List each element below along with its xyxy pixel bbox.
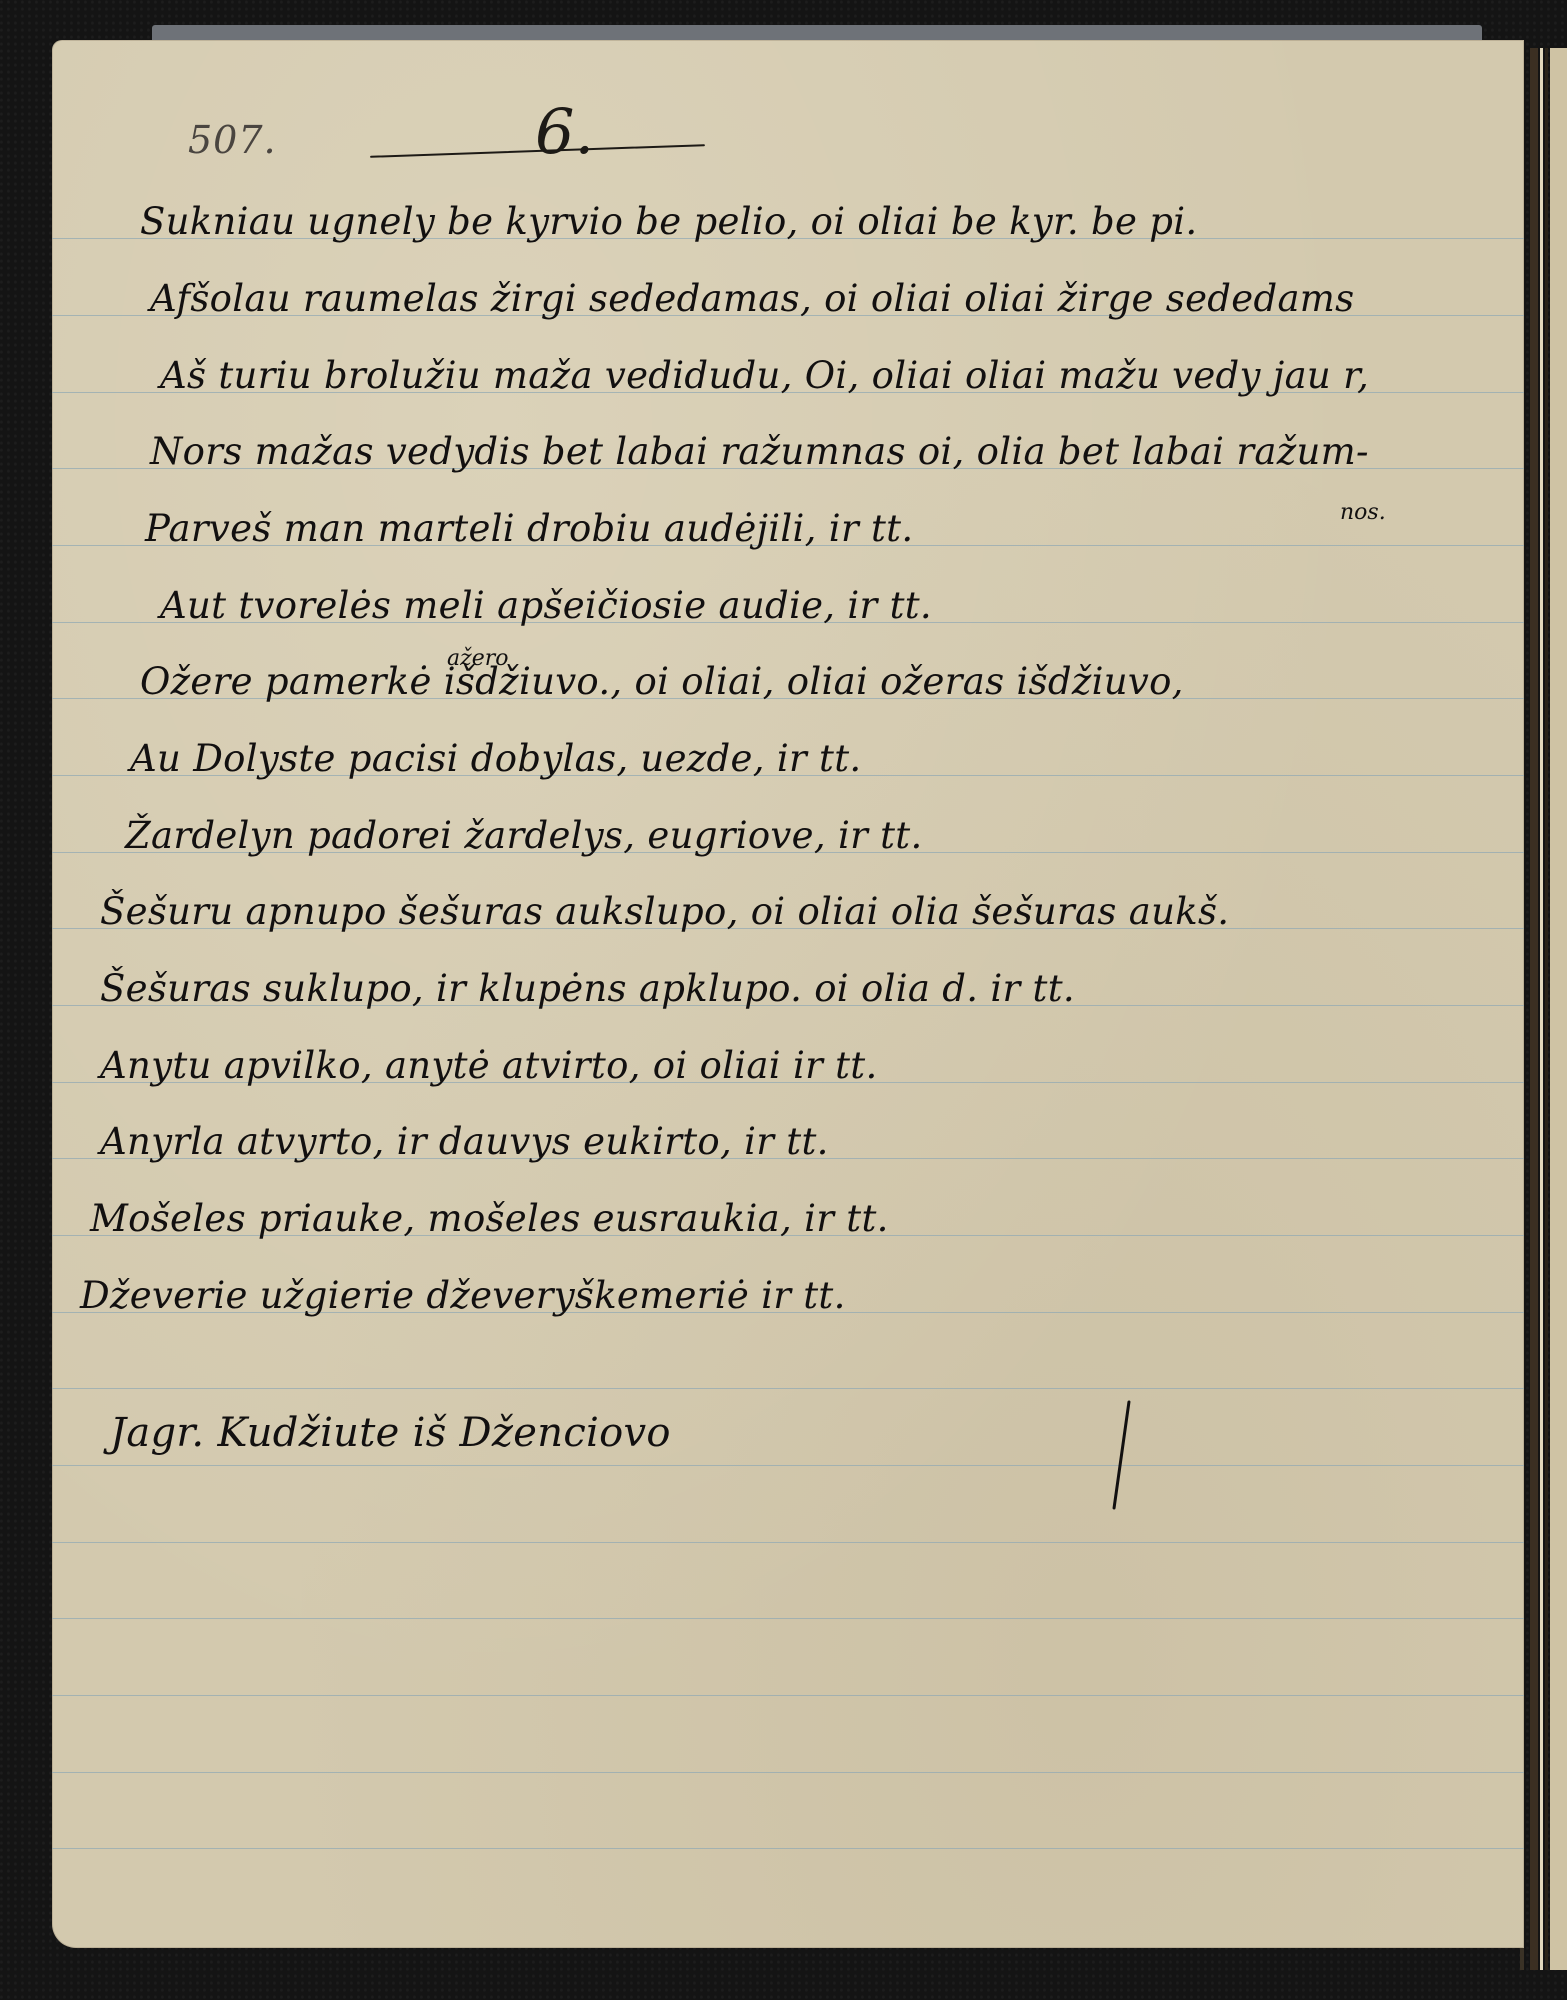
binding-edge — [1530, 48, 1538, 1970]
verse-line: Parveš man marteli drobiu audėjili, ir t… — [145, 507, 913, 550]
ruled-line — [52, 1695, 1524, 1696]
binding-edge — [1550, 48, 1567, 1970]
ruled-line — [52, 1542, 1524, 1543]
ruled-line — [52, 1388, 1524, 1389]
verse-line: Aš turiu brolužiu maža vedidudu, Oi, oli… — [160, 354, 1369, 397]
informant-signature: Jagr. Kudžiute iš Dženciovo — [110, 1410, 671, 1456]
binding-edge — [1545, 48, 1548, 1970]
verse-line: Žardelyn padorei žardelys, eugriove, ir … — [125, 814, 923, 857]
verse-line: Anyrla atvyrto, ir dauvys eukirto, ir tt… — [100, 1120, 829, 1163]
verse-line: Sukniau ugnely be kyrvio be pelio, oi ol… — [140, 200, 1197, 243]
verse-line: Šešuras suklupo, ir klupėns apklupo. oi … — [100, 967, 1075, 1010]
ruled-line — [52, 1848, 1524, 1849]
verse-line: Šešuru apnupo šešuras aukslupo, oi oliai… — [100, 890, 1229, 933]
page-top-tab — [152, 25, 1482, 41]
verse-line: Dževerie užgierie dževeryškemeriė ir tt. — [80, 1274, 846, 1317]
verse-line: Mošeles priauke, mošeles eusraukia, ir t… — [90, 1197, 889, 1240]
archive-page-number: 507. — [188, 118, 277, 162]
verse-line: Anytu apvilko, anytė atvirto, oi oliai i… — [100, 1044, 878, 1087]
verse-line: Afšolau raumelas žirgi sededamas, oi oli… — [150, 277, 1354, 320]
verse-line: Ožere pamerkė išdžiuvo., oi oliai, oliai… — [140, 660, 1184, 703]
ruled-line — [52, 1772, 1524, 1773]
ruled-line — [52, 1465, 1524, 1466]
ruled-line — [52, 1618, 1524, 1619]
song-number: 6. — [535, 95, 594, 168]
interlinear-note: nos. — [1340, 500, 1386, 525]
binding-edge — [1540, 48, 1543, 1970]
verse-line: Aut tvorelės meli apšeičiosie audie, ir … — [160, 584, 932, 627]
verse-line: Au Dolyste pacisi dobylas, uezde, ir tt. — [130, 737, 861, 780]
verse-line: Nors mažas vedydis bet labai ražumnas oi… — [150, 430, 1369, 473]
